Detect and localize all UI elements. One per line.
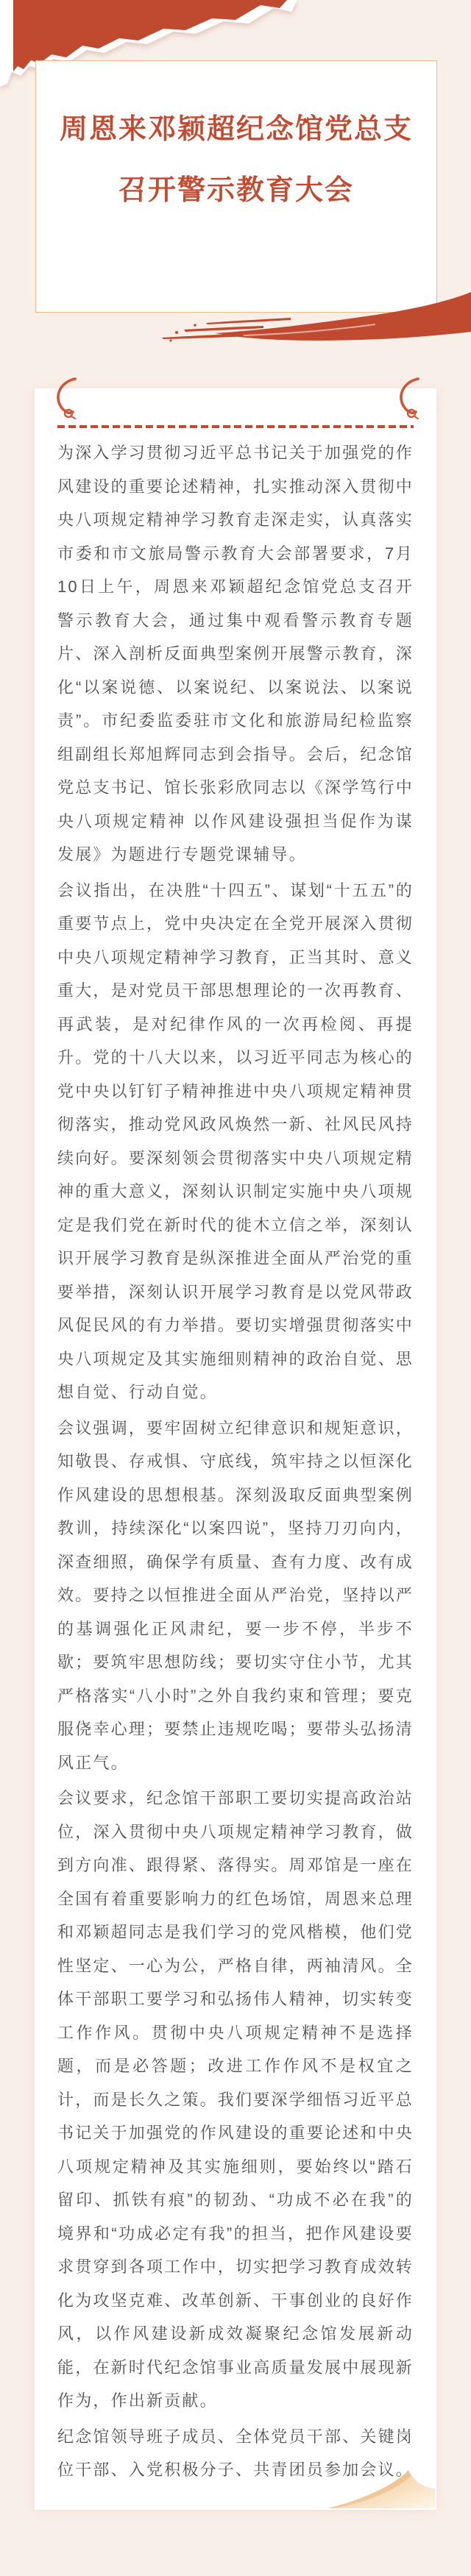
dashed-divider [57,425,414,428]
page-title: 周恩来邓颖超纪念馆党总支 召开警示教育大会 [36,99,436,221]
page-title-line2: 召开警示教育大会 [36,160,436,221]
ribbon-curl-icon [55,377,77,419]
paragraph: 为深入学习贯彻习近平总书记关于加强党的作风建设的重要论述精神，扎实推动深入贯彻中… [57,436,414,872]
paragraph: 会议要求，纪念馆干部职工要切实提高政治站位，深入贯彻中央八项规定精神学习教育，做… [57,1782,414,2418]
ribbon-curl-icon [398,377,420,419]
article-card: 为深入学习贯彻习近平总书记关于加强党的作风建设的重要论述精神，扎实推动深入贯彻中… [35,388,436,2510]
article-body: 为深入学习贯彻习近平总书记关于加强党的作风建设的重要论述精神，扎实推动深入贯彻中… [57,436,414,2487]
paragraph: 会议指出，在决胜“十四五”、谋划“十五五”的重要节点上，党中央决定在全党开展深入… [57,874,414,1409]
paragraph: 会议强调，要牢固树立纪律意识和规矩意识，知敬畏、存戒惧、守底线，筑牢持之以恒深化… [57,1412,414,1780]
brush-stroke-decoration [155,289,471,344]
title-card: 周恩来邓颖超纪念馆党总支 召开警示教育大会 [35,60,437,313]
page-curl-decoration [326,2466,436,2510]
page-title-line1: 周恩来邓颖超纪念馆党总支 [36,99,436,160]
